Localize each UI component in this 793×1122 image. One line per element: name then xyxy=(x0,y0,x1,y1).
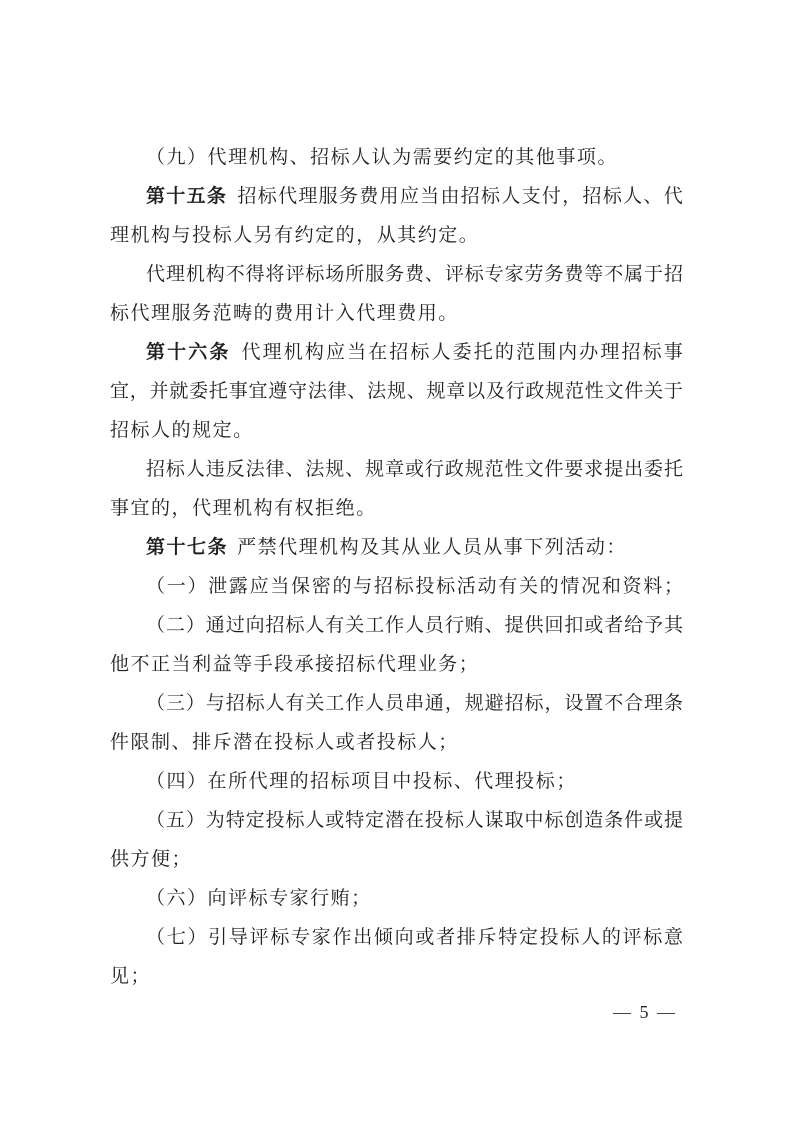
text-char: 出 xyxy=(624,450,643,489)
text-char: 密 xyxy=(312,567,331,606)
text-char: 理 xyxy=(377,303,398,324)
text-char: 给 xyxy=(624,606,643,645)
text-char: 代 xyxy=(208,147,229,168)
text-char: 标 xyxy=(560,918,579,957)
text-line: 招标人的规定。 xyxy=(110,411,683,450)
text-char: 。 xyxy=(597,147,618,168)
text-char: 招 xyxy=(583,177,602,216)
text-char: 机 xyxy=(249,147,270,168)
text-char: 招 xyxy=(461,177,480,216)
text-char: 费 xyxy=(274,303,295,324)
text-char: 代 xyxy=(278,177,297,216)
text-char: 宜 xyxy=(248,372,267,411)
text-char: 标 xyxy=(397,732,418,753)
text-char: 务 xyxy=(438,654,459,675)
text-char: 构 xyxy=(305,333,324,372)
text-char: 机 xyxy=(186,255,205,294)
text-char: 谋 xyxy=(485,801,504,840)
text-char: 通 xyxy=(425,684,444,723)
text-char: 方 xyxy=(131,849,152,870)
text-char: 在 xyxy=(368,333,387,372)
text-char: 招 xyxy=(310,147,331,168)
text-char: 定 xyxy=(213,420,234,441)
text-char: ， xyxy=(544,684,563,723)
text-char: 办 xyxy=(579,333,598,372)
text-char: 章 xyxy=(446,372,465,411)
text-char: 计 xyxy=(315,303,336,324)
text-char: 标 xyxy=(643,333,662,372)
text-char: 、 xyxy=(407,372,426,411)
text-char: 供 xyxy=(525,606,544,645)
text-char: 家 xyxy=(505,255,524,294)
text-char: 倾 xyxy=(374,918,393,957)
text-char: 理 xyxy=(110,225,131,246)
text-char: 业 xyxy=(422,537,443,558)
text-char: 其 xyxy=(515,147,536,168)
text-char: 范 xyxy=(213,303,234,324)
text-char: （ xyxy=(146,147,167,168)
text-char: 、 xyxy=(345,450,364,489)
text-line: （六）向评标专家行贿； xyxy=(110,879,683,918)
text-char: 标 xyxy=(603,177,622,216)
text-char: 规 xyxy=(365,450,384,489)
text-char: 三 xyxy=(166,684,185,723)
text-line: （二）通过向招标人有关工作人员行贿、提供回扣或者给予其 xyxy=(110,606,683,645)
article-number-char: 十 xyxy=(167,537,188,558)
text-char: 违 xyxy=(206,450,225,489)
text-char: 特 xyxy=(226,801,245,840)
text-char: 四 xyxy=(167,771,188,792)
text-char: 劳 xyxy=(525,255,544,294)
text-char: 设 xyxy=(564,684,583,723)
text-char: 标 xyxy=(166,450,185,489)
text-char: 机 xyxy=(131,225,152,246)
text-char: 或 xyxy=(325,801,344,840)
text-char: 为 xyxy=(392,147,413,168)
text-line: 他不正当利益等手段承接招标代理业务； xyxy=(110,645,683,684)
text-char: 段 xyxy=(274,654,295,675)
text-char: ） xyxy=(186,606,205,645)
text-char: 定 xyxy=(438,225,459,246)
text-char: 服 xyxy=(365,255,384,294)
text-char: 向 xyxy=(246,606,265,645)
text-line: 见； xyxy=(110,957,683,996)
text-char: 应 xyxy=(400,177,419,216)
text-char: 标 xyxy=(536,771,557,792)
article-number-char: 条 xyxy=(207,177,226,216)
text-char: 露 xyxy=(229,567,248,606)
text-char: 务 xyxy=(192,303,213,324)
text-char: 标 xyxy=(331,147,352,168)
text-char: 定 xyxy=(474,147,495,168)
text-char: 招 xyxy=(266,606,285,645)
text-char: 构 xyxy=(254,498,275,519)
text-char: 所 xyxy=(228,771,249,792)
text-char: （ xyxy=(146,888,167,909)
text-char: 二 xyxy=(166,606,185,645)
text-char: 招 xyxy=(110,420,131,441)
article-number-char: 第 xyxy=(146,333,165,372)
text-char: （ xyxy=(146,684,165,723)
text-char: 理 xyxy=(151,303,172,324)
text-char: 的 xyxy=(332,567,351,606)
text-char: 人 xyxy=(266,684,285,723)
text-char: 围 xyxy=(537,333,556,372)
text-char: 招 xyxy=(336,654,357,675)
text-char: 在 xyxy=(405,801,424,840)
text-line: 供方便； xyxy=(110,840,683,879)
text-char: 人 xyxy=(432,333,451,372)
text-char: 要 xyxy=(564,450,583,489)
text-char: 有 xyxy=(498,567,517,606)
text-char: 属 xyxy=(624,255,643,294)
text-char: 代 xyxy=(377,654,398,675)
article-number-char: 十 xyxy=(166,177,185,216)
text-char: 就 xyxy=(169,372,188,411)
page-number: — 5 — xyxy=(600,1000,690,1024)
text-char: 服 xyxy=(172,303,193,324)
text-line: 理机构与投标人另有约定的，从其约定。 xyxy=(110,216,683,255)
text-char: 取 xyxy=(505,801,524,840)
text-char: 托 xyxy=(664,450,683,489)
text-char: 需 xyxy=(413,147,434,168)
text-char: 下 xyxy=(524,537,545,558)
text-char: 标 xyxy=(356,654,377,675)
text-char: 以 xyxy=(466,372,485,411)
text-char: 理 xyxy=(644,684,663,723)
text-char: 由 xyxy=(440,177,459,216)
text-char: 事 xyxy=(664,333,683,372)
text-char: 动 xyxy=(586,537,607,558)
text-char: 范 xyxy=(516,333,535,372)
text-char: 理 xyxy=(228,147,249,168)
text-char: 人 xyxy=(581,918,600,957)
text-char: 代 xyxy=(474,771,495,792)
text-char: 特 xyxy=(498,918,517,957)
text-char: 工 xyxy=(325,684,344,723)
text-char: 遵 xyxy=(268,372,287,411)
text-char: 人 xyxy=(315,732,336,753)
text-char: 规 xyxy=(325,450,344,489)
text-char: 有 xyxy=(285,684,304,723)
text-char: 人 xyxy=(418,732,439,753)
text-char: 贿 xyxy=(331,888,352,909)
text-char: 代 xyxy=(664,177,683,216)
text-char: 回 xyxy=(544,606,563,645)
text-char: 与 xyxy=(353,567,372,606)
text-char: ， xyxy=(172,498,193,519)
text-line: 标代理服务范畴的费用计入代理费用。 xyxy=(110,294,683,333)
text-char: 行 xyxy=(445,606,464,645)
article-number-char: 第 xyxy=(146,537,167,558)
text-char: 斥 xyxy=(213,732,234,753)
text-char: 料 xyxy=(643,567,662,606)
text-char: 意 xyxy=(664,918,683,957)
text-char: 定 xyxy=(519,918,538,957)
text-char: 拒 xyxy=(315,498,336,519)
text-char: 于 xyxy=(644,255,663,294)
text-char: ） xyxy=(186,801,205,840)
text-char: 法 xyxy=(308,372,327,411)
text-char: 人 xyxy=(305,606,324,645)
text-char: 委 xyxy=(644,450,663,489)
text-char: 得 xyxy=(246,255,265,294)
text-char: 投 xyxy=(266,801,285,840)
text-char: 标 xyxy=(249,888,270,909)
text-char: 构 xyxy=(151,225,172,246)
text-char: 不 xyxy=(131,654,152,675)
text-char: 规 xyxy=(192,420,213,441)
text-char: 目 xyxy=(372,771,393,792)
text-char: 排 xyxy=(457,918,476,957)
text-char: 投 xyxy=(192,225,213,246)
text-char: ； xyxy=(664,567,683,606)
text-char: 行 xyxy=(310,888,331,909)
text-char: 理 xyxy=(397,654,418,675)
text-char: 件 xyxy=(110,732,131,753)
text-char: 委 xyxy=(189,372,208,411)
text-char: 一 xyxy=(167,567,186,606)
text-char: 人 xyxy=(501,177,520,216)
text-char: 提 xyxy=(664,801,683,840)
text-char: 务 xyxy=(385,255,404,294)
text-char: 避 xyxy=(485,684,504,723)
text-char: 投 xyxy=(274,732,295,753)
text-char: 服 xyxy=(319,177,338,216)
text-char: 用 xyxy=(295,303,316,324)
text-char: 专 xyxy=(291,918,310,957)
text-char: ） xyxy=(187,147,208,168)
text-char: 斥 xyxy=(478,918,497,957)
text-char: 。 xyxy=(233,420,254,441)
text-char: 家 xyxy=(290,888,311,909)
text-char: 机 xyxy=(284,333,303,372)
text-char: 引 xyxy=(208,918,227,957)
text-char: 标 xyxy=(433,771,454,792)
text-char: 标 xyxy=(110,303,131,324)
text-char: 有 xyxy=(274,498,295,519)
text-char: 见 xyxy=(110,966,131,987)
text-char: 串 xyxy=(405,684,424,723)
text-char: 投 xyxy=(415,567,434,606)
text-char: 正 xyxy=(151,654,172,675)
text-char: 等 xyxy=(233,654,254,675)
text-char: 六 xyxy=(167,888,188,909)
text-char: （ xyxy=(146,801,165,840)
text-char: 作 xyxy=(345,684,364,723)
text-char: 机 xyxy=(319,537,340,558)
text-line: （一）泄露应当保密的与招标投标活动有关的情况和资料； xyxy=(110,567,683,606)
text-char: 员 xyxy=(463,537,484,558)
text-char: 情 xyxy=(560,567,579,606)
text-char: 当 xyxy=(172,654,193,675)
text-char: 性 xyxy=(585,372,604,411)
text-char: 家 xyxy=(312,918,331,957)
text-char: 理 xyxy=(269,771,290,792)
text-char: 定 xyxy=(246,801,265,840)
text-char: 作 xyxy=(332,918,351,957)
text-char: 招 xyxy=(146,450,165,489)
text-char: 标 xyxy=(295,732,316,753)
text-char: 从 xyxy=(483,537,504,558)
text-char: 文 xyxy=(525,450,544,489)
text-char: 人 xyxy=(465,801,484,840)
text-char: 招 xyxy=(237,177,256,216)
text-char: 条 xyxy=(604,801,623,840)
text-char: 通 xyxy=(206,606,225,645)
text-char: 其 xyxy=(381,537,402,558)
text-line: （三）与招标人有关工作人员串通，规避招标，设置不合理条 xyxy=(110,684,683,723)
text-char: 招 xyxy=(226,684,245,723)
text-char: 五 xyxy=(166,801,185,840)
text-char: 其 xyxy=(397,225,418,246)
text-char: 规 xyxy=(427,372,446,411)
text-char: 范 xyxy=(485,450,504,489)
text-char: ， xyxy=(445,684,464,723)
text-char: 严 xyxy=(237,537,258,558)
text-char: 务 xyxy=(339,177,358,216)
text-char: 委 xyxy=(453,333,472,372)
text-char: 反 xyxy=(226,450,245,489)
text-char: ， xyxy=(562,177,581,216)
text-char: 标 xyxy=(305,255,324,294)
text-char: 认 xyxy=(372,147,393,168)
text-char: ） xyxy=(187,567,206,606)
text-char: 代 xyxy=(249,771,270,792)
article-number-char: 七 xyxy=(187,537,208,558)
text-char: 过 xyxy=(226,606,245,645)
text-char: 的 xyxy=(254,303,275,324)
text-char: 标 xyxy=(445,801,464,840)
text-line: （五）为特定投标人或特定潜在投标人谋取中标创造条件或提 xyxy=(110,801,683,840)
text-char: 标 xyxy=(270,918,289,957)
text-char: 标 xyxy=(285,801,304,840)
text-char: ） xyxy=(186,684,205,723)
text-char: 章 xyxy=(385,450,404,489)
text-char: 条 xyxy=(664,684,683,723)
text-char: 件 xyxy=(624,372,643,411)
text-char: 中 xyxy=(392,771,413,792)
text-char: 事 xyxy=(504,537,525,558)
text-char: 理 xyxy=(166,255,185,294)
text-char: 机 xyxy=(233,498,254,519)
text-char: 约 xyxy=(295,225,316,246)
text-char: 费 xyxy=(564,255,583,294)
text-char: 的 xyxy=(495,147,516,168)
text-char: 投 xyxy=(377,732,398,753)
text-char: 。 xyxy=(356,498,377,519)
text-char: 标 xyxy=(481,177,500,216)
text-char: 费 xyxy=(359,177,378,216)
text-char: 向 xyxy=(208,888,229,909)
text-char: 九 xyxy=(167,147,188,168)
text-char: 的 xyxy=(172,420,193,441)
text-char: 员 xyxy=(385,684,404,723)
text-char: 或 xyxy=(415,918,434,957)
article-number-char: 条 xyxy=(208,537,229,558)
text-char: 投 xyxy=(515,771,536,792)
text-char: 工 xyxy=(365,606,384,645)
text-char: 规 xyxy=(465,450,484,489)
text-char: 支 xyxy=(522,177,541,216)
text-char: 场 xyxy=(325,255,344,294)
text-char: 标 xyxy=(436,567,455,606)
text-char: 项 xyxy=(351,771,372,792)
text-char: 及 xyxy=(360,537,381,558)
text-char: 。 xyxy=(459,225,480,246)
text-char: 构 xyxy=(269,147,290,168)
text-char: 在 xyxy=(254,732,275,753)
text-char: 评 xyxy=(250,918,269,957)
text-char: 手 xyxy=(254,654,275,675)
text-char: 、 xyxy=(425,255,444,294)
text-char: 理 xyxy=(600,333,619,372)
text-char: 的 xyxy=(336,225,357,246)
text-char: 构 xyxy=(206,255,225,294)
text-char: 权 xyxy=(295,498,316,519)
text-char: 保 xyxy=(291,567,310,606)
text-char: 要 xyxy=(433,147,454,168)
text-char: 潜 xyxy=(233,732,254,753)
text-char: 评 xyxy=(623,918,642,957)
text-char: 人 xyxy=(365,684,384,723)
text-char: ； xyxy=(351,888,372,909)
text-char: 列 xyxy=(545,537,566,558)
text-char: 承 xyxy=(295,654,316,675)
text-char: （ xyxy=(146,567,165,606)
text-char: 、 xyxy=(172,732,193,753)
text-char: 定 xyxy=(365,801,384,840)
text-char: ） xyxy=(187,771,208,792)
text-char: 的 xyxy=(540,567,559,606)
text-char: 中 xyxy=(525,801,544,840)
text-char: 在 xyxy=(208,771,229,792)
text-char: ； xyxy=(459,654,480,675)
text-char: 绝 xyxy=(336,498,357,519)
text-char: 行 xyxy=(425,450,444,489)
text-line: 件限制、排斥潜在投标人或者投标人； xyxy=(110,723,683,762)
text-char: 行 xyxy=(506,372,525,411)
text-char: 利 xyxy=(192,654,213,675)
text-char: 当 xyxy=(420,177,439,216)
text-char: 内 xyxy=(558,333,577,372)
text-char: 为 xyxy=(206,801,225,840)
text-char: 关 xyxy=(519,567,538,606)
text-char: ； xyxy=(131,966,152,987)
text-char: 性 xyxy=(505,450,524,489)
text-char: 政 xyxy=(445,450,464,489)
text-char: 应 xyxy=(326,333,345,372)
text-char: 人 xyxy=(186,450,205,489)
text-char: 、 xyxy=(285,450,304,489)
text-line: （七）引导评标专家作出倾向或者排斥特定投标人的评标意 xyxy=(110,918,683,957)
text-char: ， xyxy=(130,372,149,411)
text-char: 人 xyxy=(351,147,372,168)
document-text-block: （九）代理机构、招标人认为需要约定的其他事项。第十五条招标代理服务费用应当由招标… xyxy=(110,138,683,996)
text-char: ， xyxy=(356,225,377,246)
text-char: 评 xyxy=(285,255,304,294)
text-char: 活 xyxy=(457,567,476,606)
text-char: 或 xyxy=(584,606,603,645)
text-char: 投 xyxy=(413,771,434,792)
text-char: 评 xyxy=(445,255,464,294)
text-char: 宜 xyxy=(131,498,152,519)
text-line: 第十五条招标代理服务费用应当由招标人支付，招标人、代 xyxy=(110,177,683,216)
text-char: 费 xyxy=(405,255,424,294)
text-char: 七 xyxy=(167,918,186,957)
document-page: （九）代理机构、招标人认为需要约定的其他事项。第十五条招标代理服务费用应当由招标… xyxy=(0,0,793,1122)
text-line: 事宜的，代理机构有权拒绝。 xyxy=(110,489,683,528)
